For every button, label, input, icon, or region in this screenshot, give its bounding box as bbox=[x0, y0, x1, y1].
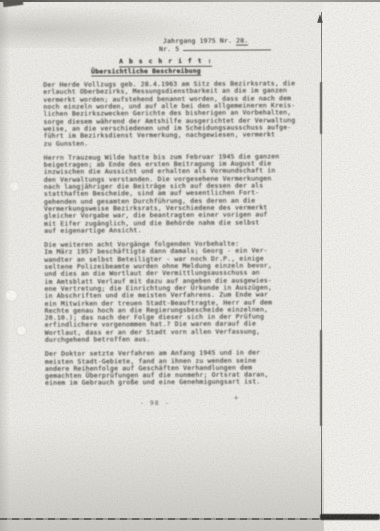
paragraph-2: Herrn Trauzeug Wilde hatte bis zum Febru… bbox=[44, 153, 314, 235]
document-title-text: A b s c h r i f t : bbox=[119, 56, 212, 67]
margin-mark: + bbox=[234, 394, 238, 402]
paragraph-1: Der Herde Vollzugs geb. 28.4.1963 am Sit… bbox=[43, 80, 313, 147]
punch-hole bbox=[16, 325, 27, 336]
reference-line: Nr. 5 bbox=[159, 44, 313, 53]
scan-bottom-edge bbox=[0, 518, 324, 520]
fold-dark-segment bbox=[320, 82, 322, 134]
document-title: A b s c h r i f t : bbox=[119, 57, 313, 65]
fold-dark-segment bbox=[320, 330, 322, 426]
scan-shading-bottom bbox=[0, 420, 324, 531]
text-line: zu Gunsten. bbox=[44, 139, 314, 148]
typewritten-text-block: Jahrgang 1975 Nr. 28. Nr. 5 A b s c h r … bbox=[43, 37, 315, 387]
paragraph-4: Der Doktor setzte Verfahren am Anfang 19… bbox=[45, 349, 315, 387]
document-subtitle: Übersichtliche Beschreibung bbox=[91, 67, 313, 76]
text-line: durchgehend betroffen aus. bbox=[45, 335, 315, 344]
reference-underline bbox=[183, 45, 271, 52]
punch-hole bbox=[9, 181, 20, 192]
document-subtitle-text: Übersichtliche Beschreibung bbox=[91, 67, 201, 77]
text-line: einem im Gebrauch große und eine Genehmi… bbox=[45, 379, 315, 388]
scanned-document-page: Jahrgang 1975 Nr. 28. Nr. 5 A b s c h r … bbox=[0, 0, 380, 531]
scan-bottom-right-bar bbox=[320, 514, 380, 520]
text-line: auf eigenartige Ansicht. bbox=[44, 226, 314, 235]
punch-hole bbox=[5, 289, 18, 302]
page-number: - 98 - bbox=[140, 399, 169, 407]
scan-shading-left-edge bbox=[0, 0, 10, 531]
paragraph-3: Die weiteren acht Vorgänge folgenden Vor… bbox=[44, 240, 315, 344]
date-line-text: Jahrgang 1975 Nr. bbox=[163, 37, 236, 45]
page-right-margin-strip bbox=[322, 0, 380, 531]
scan-top-edge bbox=[0, 0, 380, 2]
reference-label: Nr. 5 bbox=[159, 45, 179, 53]
